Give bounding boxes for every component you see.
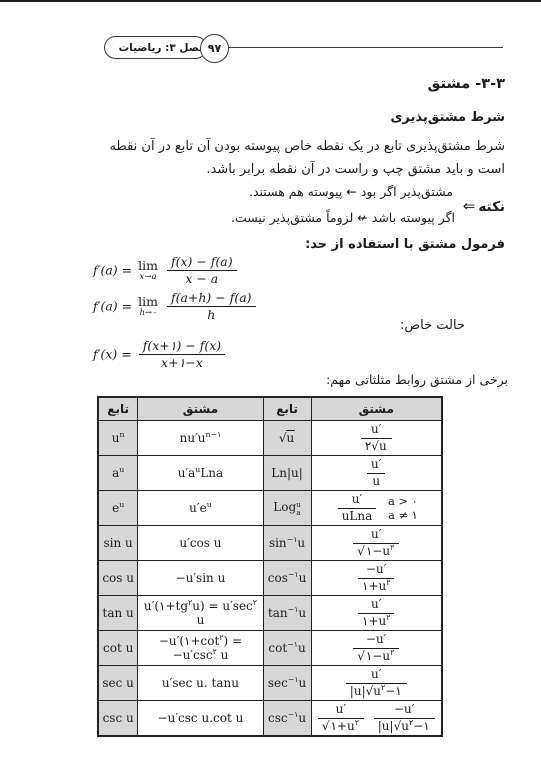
cell-function-right: csc−۱u [263,701,311,737]
header-rule-line [223,47,503,48]
table-row: auu′auLnaLn|u|u′u [98,456,442,491]
paragraph-line: شرط مشتق‌پذیری تابع در یک نقطه خاص پیوست… [109,139,505,154]
table-header-cell: مشتق [311,397,442,421]
table-row: csc u−u′csc u.cot ucsc−۱uu′√۱+u۲ −u′|u|√… [98,701,442,737]
cell-function-right: Logua [263,491,311,526]
table-row: cos u−u′sin ucos−۱u−u′۱+u۲ [98,561,442,596]
cell-function-right: Ln|u| [263,456,311,491]
cell-function-left: eu [98,491,138,526]
cell-derivative-right: u′uLna a > ۰a ≠ ۱ [311,491,442,526]
note-label: نکته [478,199,505,215]
cell-derivative-right: u′u [311,456,442,491]
cell-derivative-right: −u′√۱−u۲ [311,631,442,666]
table-row: euu′euLoguau′uLna a > ۰a ≠ ۱ [98,491,442,526]
table-header-cell: تابع [263,397,311,421]
cell-function-left: tan u [98,596,138,631]
cell-function-right: cot−۱u [263,631,311,666]
cell-derivative-right: u′۲√u [311,421,442,456]
cell-function-left: csc u [98,701,138,737]
table-header-cell: مشتق [138,397,263,421]
chapter-pill: فصل ۳: ریاضیات [104,36,207,59]
cell-derivative-left: −u′csc u.cot u [138,701,263,737]
derivatives-table: تابعمشتقتابعمشتق unnu′un−۱√uu′۲√uauu′auL… [97,396,443,737]
cell-function-right: tan−۱u [263,596,311,631]
book-page: فصل ۳: ریاضیات ۹۷ ۳-۳- مشتق شرط مشتق‌پذی… [0,0,541,768]
cell-function-left: au [98,456,138,491]
paragraph-line: است و باید مشتق چپ و راست در آن نقطه برا… [206,162,505,177]
table-row: tan uu′(۱+tg۲u) = u′sec۲ utan−۱uu′۱+u۲ [98,596,442,631]
table-heading: برخی از مشتق روابط مثلثاتی مهم: [326,372,508,387]
cell-derivative-right: u′√۱−u۲ [311,526,442,561]
chapter-label: فصل ۳: ریاضیات [119,42,206,54]
table-body: unnu′un−۱√uu′۲√uauu′auLnaLn|u|u′ueuu′euL… [98,421,442,737]
page-number-badge: ۹۷ [200,34,229,63]
cell-derivative-left: u′auLna [138,456,263,491]
cell-function-left: un [98,421,138,456]
cell-function-left: cos u [98,561,138,596]
cell-derivative-left: u′sec u. tanu [138,666,263,701]
page-number: ۹۷ [208,42,221,55]
cell-function-right: cos−۱u [263,561,311,596]
table-row: sin uu′cos usin−۱uu′√۱−u۲ [98,526,442,561]
cell-derivative-left: nu′un−۱ [138,421,263,456]
cell-derivative-right: u′۱+u۲ [311,596,442,631]
note-line: اگر پیوسته باشد ↚ لزوماً مشتق‌پذیر نیست. [231,210,455,225]
cell-derivative-left: −u′(۱+cot۲) = −u′csc۲ u [138,631,263,666]
table-row: sec uu′sec u. tanusec−۱uu′|u|√u۲−۱ [98,666,442,701]
cell-function-right: sin−۱u [263,526,311,561]
special-case-formula: f′(x) = f(x+۱) − f(x)x+۱−x [93,339,228,371]
limit-formula-2: f′(a) = limh→۰ f(a+h) − f(a)h [93,291,259,323]
note-line: مشتق‌پذیر اگر بود ← پیوسته هم هستند. [249,184,453,199]
section-subtitle: شرط مشتق‌پذیری [391,110,505,125]
cell-derivative-right: u′|u|√u۲−۱ [311,666,442,701]
special-case-heading: حالت خاص: [400,318,465,333]
limit-formula-1: f′(a) = limx→a f(x) − f(a)x − a [93,255,240,287]
cell-function-left: sin u [98,526,138,561]
cell-function-left: sec u [98,666,138,701]
cell-derivative-left: u′cos u [138,526,263,561]
cell-derivative-left: u′eu [138,491,263,526]
table-header-cell: تابع [98,397,138,421]
cell-function-left: cot u [98,631,138,666]
table-row: unnu′un−۱√uu′۲√u [98,421,442,456]
section-title: ۳-۳- مشتق [427,76,505,92]
cell-derivative-left: u′(۱+tg۲u) = u′sec۲ u [138,596,263,631]
table-row: cot u−u′(۱+cot۲) = −u′csc۲ ucot−۱u−u′√۱−… [98,631,442,666]
formula-heading: فرمول مشتق با استفاده از حد: [305,237,505,252]
cell-derivative-right: −u′۱+u۲ [311,561,442,596]
table-header-row: تابعمشتقتابعمشتق [98,397,442,421]
note-implies-icon: ⇐ [463,197,476,215]
cell-function-right: √u [263,421,311,456]
cell-derivative-right: u′√۱+u۲ −u′|u|√u۲−۱ [311,701,442,737]
note-marker: نکته⇐ [463,196,505,215]
cell-derivative-left: −u′sin u [138,561,263,596]
scan-edge-artifact [0,0,541,2]
cell-function-right: sec−۱u [263,666,311,701]
